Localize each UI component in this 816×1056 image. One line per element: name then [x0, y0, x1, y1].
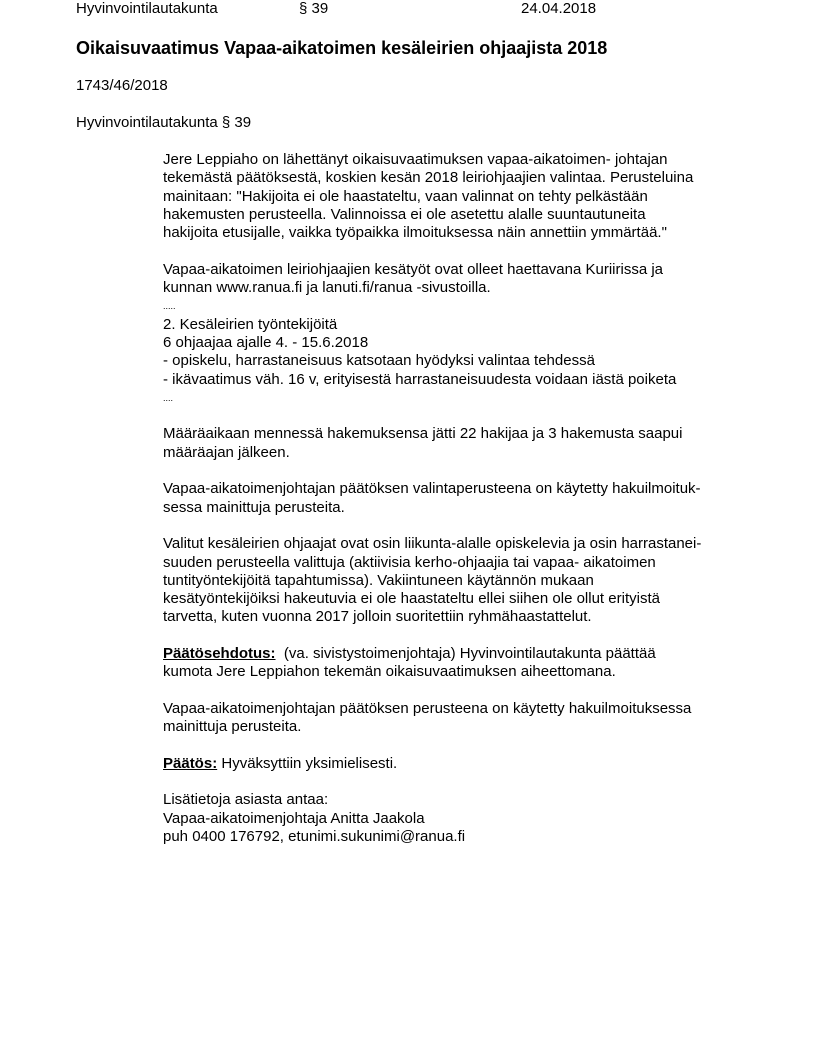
ellipsis-marker: ....	[163, 389, 753, 407]
text-line: 2. Kesäleirien työntekijöitä	[163, 316, 753, 334]
advert-paragraph: Vapaa-aikatoimen leiriohjaajien kesätyöt…	[163, 261, 753, 298]
text-line: tarvetta, kuten vuonna 2017 jolloin suor…	[163, 608, 753, 626]
proposal-text: (va. sivistystoimenjohtaja) Hyvinvointil…	[276, 645, 656, 662]
text-line: Valitut kesäleirien ohjaajat ovat osin l…	[163, 535, 753, 553]
text-line: Päätös: Hyväksyttiin yksimielisesti.	[163, 755, 753, 773]
quoted-advert: ..... 2. Kesäleirien työntekijöitä 6 ohj…	[163, 297, 753, 407]
contact-name: Vapaa-aikatoimenjohtaja Anitta Jaakola	[163, 810, 753, 828]
selected-paragraph: Valitut kesäleirien ohjaajat ovat osin l…	[163, 535, 753, 626]
applications-paragraph: Määräaikaan mennessä hakemuksensa jätti …	[163, 425, 753, 462]
ellipsis-marker: .....	[163, 297, 753, 315]
text-line: tekemästä päätöksestä, koskien kesän 201…	[163, 169, 753, 187]
text-line: määräajan jälkeen.	[163, 444, 753, 462]
text-line: - opiskelu, harrastaneisuus katsotaan hy…	[163, 352, 753, 370]
decision-label: Päätös:	[163, 755, 217, 772]
text-line: tuntityöntekijöitä tapahtumissa). Vakiin…	[163, 572, 753, 590]
text-line: sessa mainittuja perusteita.	[163, 499, 753, 517]
board-section-reference: Hyvinvointilautakunta § 39	[76, 114, 251, 132]
text-line: mainitaan: "Hakijoita ei ole haastateltu…	[163, 188, 753, 206]
header-section-number: § 39	[299, 0, 328, 18]
diary-number: 1743/46/2018	[76, 77, 168, 95]
text-line: kumota Jere Leppiahon tekemän oikaisuvaa…	[163, 663, 753, 681]
document-header: Hyvinvointilautakunta § 39 24.04.2018	[76, 0, 776, 18]
text-line: hakijoita etusijalle, vaikka työpaikka i…	[163, 224, 753, 242]
text-line: suuden perusteella valittuja (aktiivisia…	[163, 554, 753, 572]
decision-paragraph: Päätös: Hyväksyttiin yksimielisesti.	[163, 755, 753, 773]
proposal-paragraph: Päätösehdotus: (va. sivistystoimenjohtaj…	[163, 645, 753, 682]
text-line: Määräaikaan mennessä hakemuksensa jätti …	[163, 425, 753, 443]
text-line: Lisätietoja asiasta antaa:	[163, 791, 753, 809]
document-title: Oikaisuvaatimus Vapaa-aikatoimen kesälei…	[76, 37, 607, 59]
text-line: 6 ohjaajaa ajalle 4. - 15.6.2018	[163, 334, 753, 352]
basis-paragraph: Vapaa-aikatoimenjohtajan päätöksen perus…	[163, 700, 753, 737]
text-line: hakemusten perusteella. Valinnoissa ei o…	[163, 206, 753, 224]
contact-paragraph: Lisätietoja asiasta antaa: Vapaa-aikatoi…	[163, 791, 753, 846]
decision-text: Hyväksyttiin yksimielisesti.	[217, 755, 397, 772]
header-date: 24.04.2018	[521, 0, 596, 18]
text-line: mainittuja perusteita.	[163, 718, 753, 736]
text-line: Vapaa-aikatoimenjohtajan päätöksen valin…	[163, 480, 753, 498]
text-line: Jere Leppiaho on lähettänyt oikaisuvaati…	[163, 151, 753, 169]
text-line: kunnan www.ranua.fi ja lanuti.fi/ranua -…	[163, 279, 753, 297]
text-line: kesätyöntekijöiksi hakeutuvia ei ole haa…	[163, 590, 753, 608]
text-line: Vapaa-aikatoimen leiriohjaajien kesätyöt…	[163, 261, 753, 279]
proposal-label: Päätösehdotus:	[163, 645, 276, 662]
text-line: - ikävaatimus väh. 16 v, erityisestä har…	[163, 371, 753, 389]
text-line: Päätösehdotus: (va. sivistystoimenjohtaj…	[163, 645, 753, 663]
contact-details: puh 0400 176792, etunimi.sukunimi@ranua.…	[163, 828, 753, 846]
intro-paragraph: Jere Leppiaho on lähettänyt oikaisuvaati…	[163, 151, 753, 242]
header-board-name: Hyvinvointilautakunta	[76, 0, 218, 18]
criteria-paragraph: Vapaa-aikatoimenjohtajan päätöksen valin…	[163, 480, 753, 517]
document-body: Jere Leppiaho on lähettänyt oikaisuvaati…	[163, 151, 753, 865]
text-line: Vapaa-aikatoimenjohtajan päätöksen perus…	[163, 700, 753, 718]
